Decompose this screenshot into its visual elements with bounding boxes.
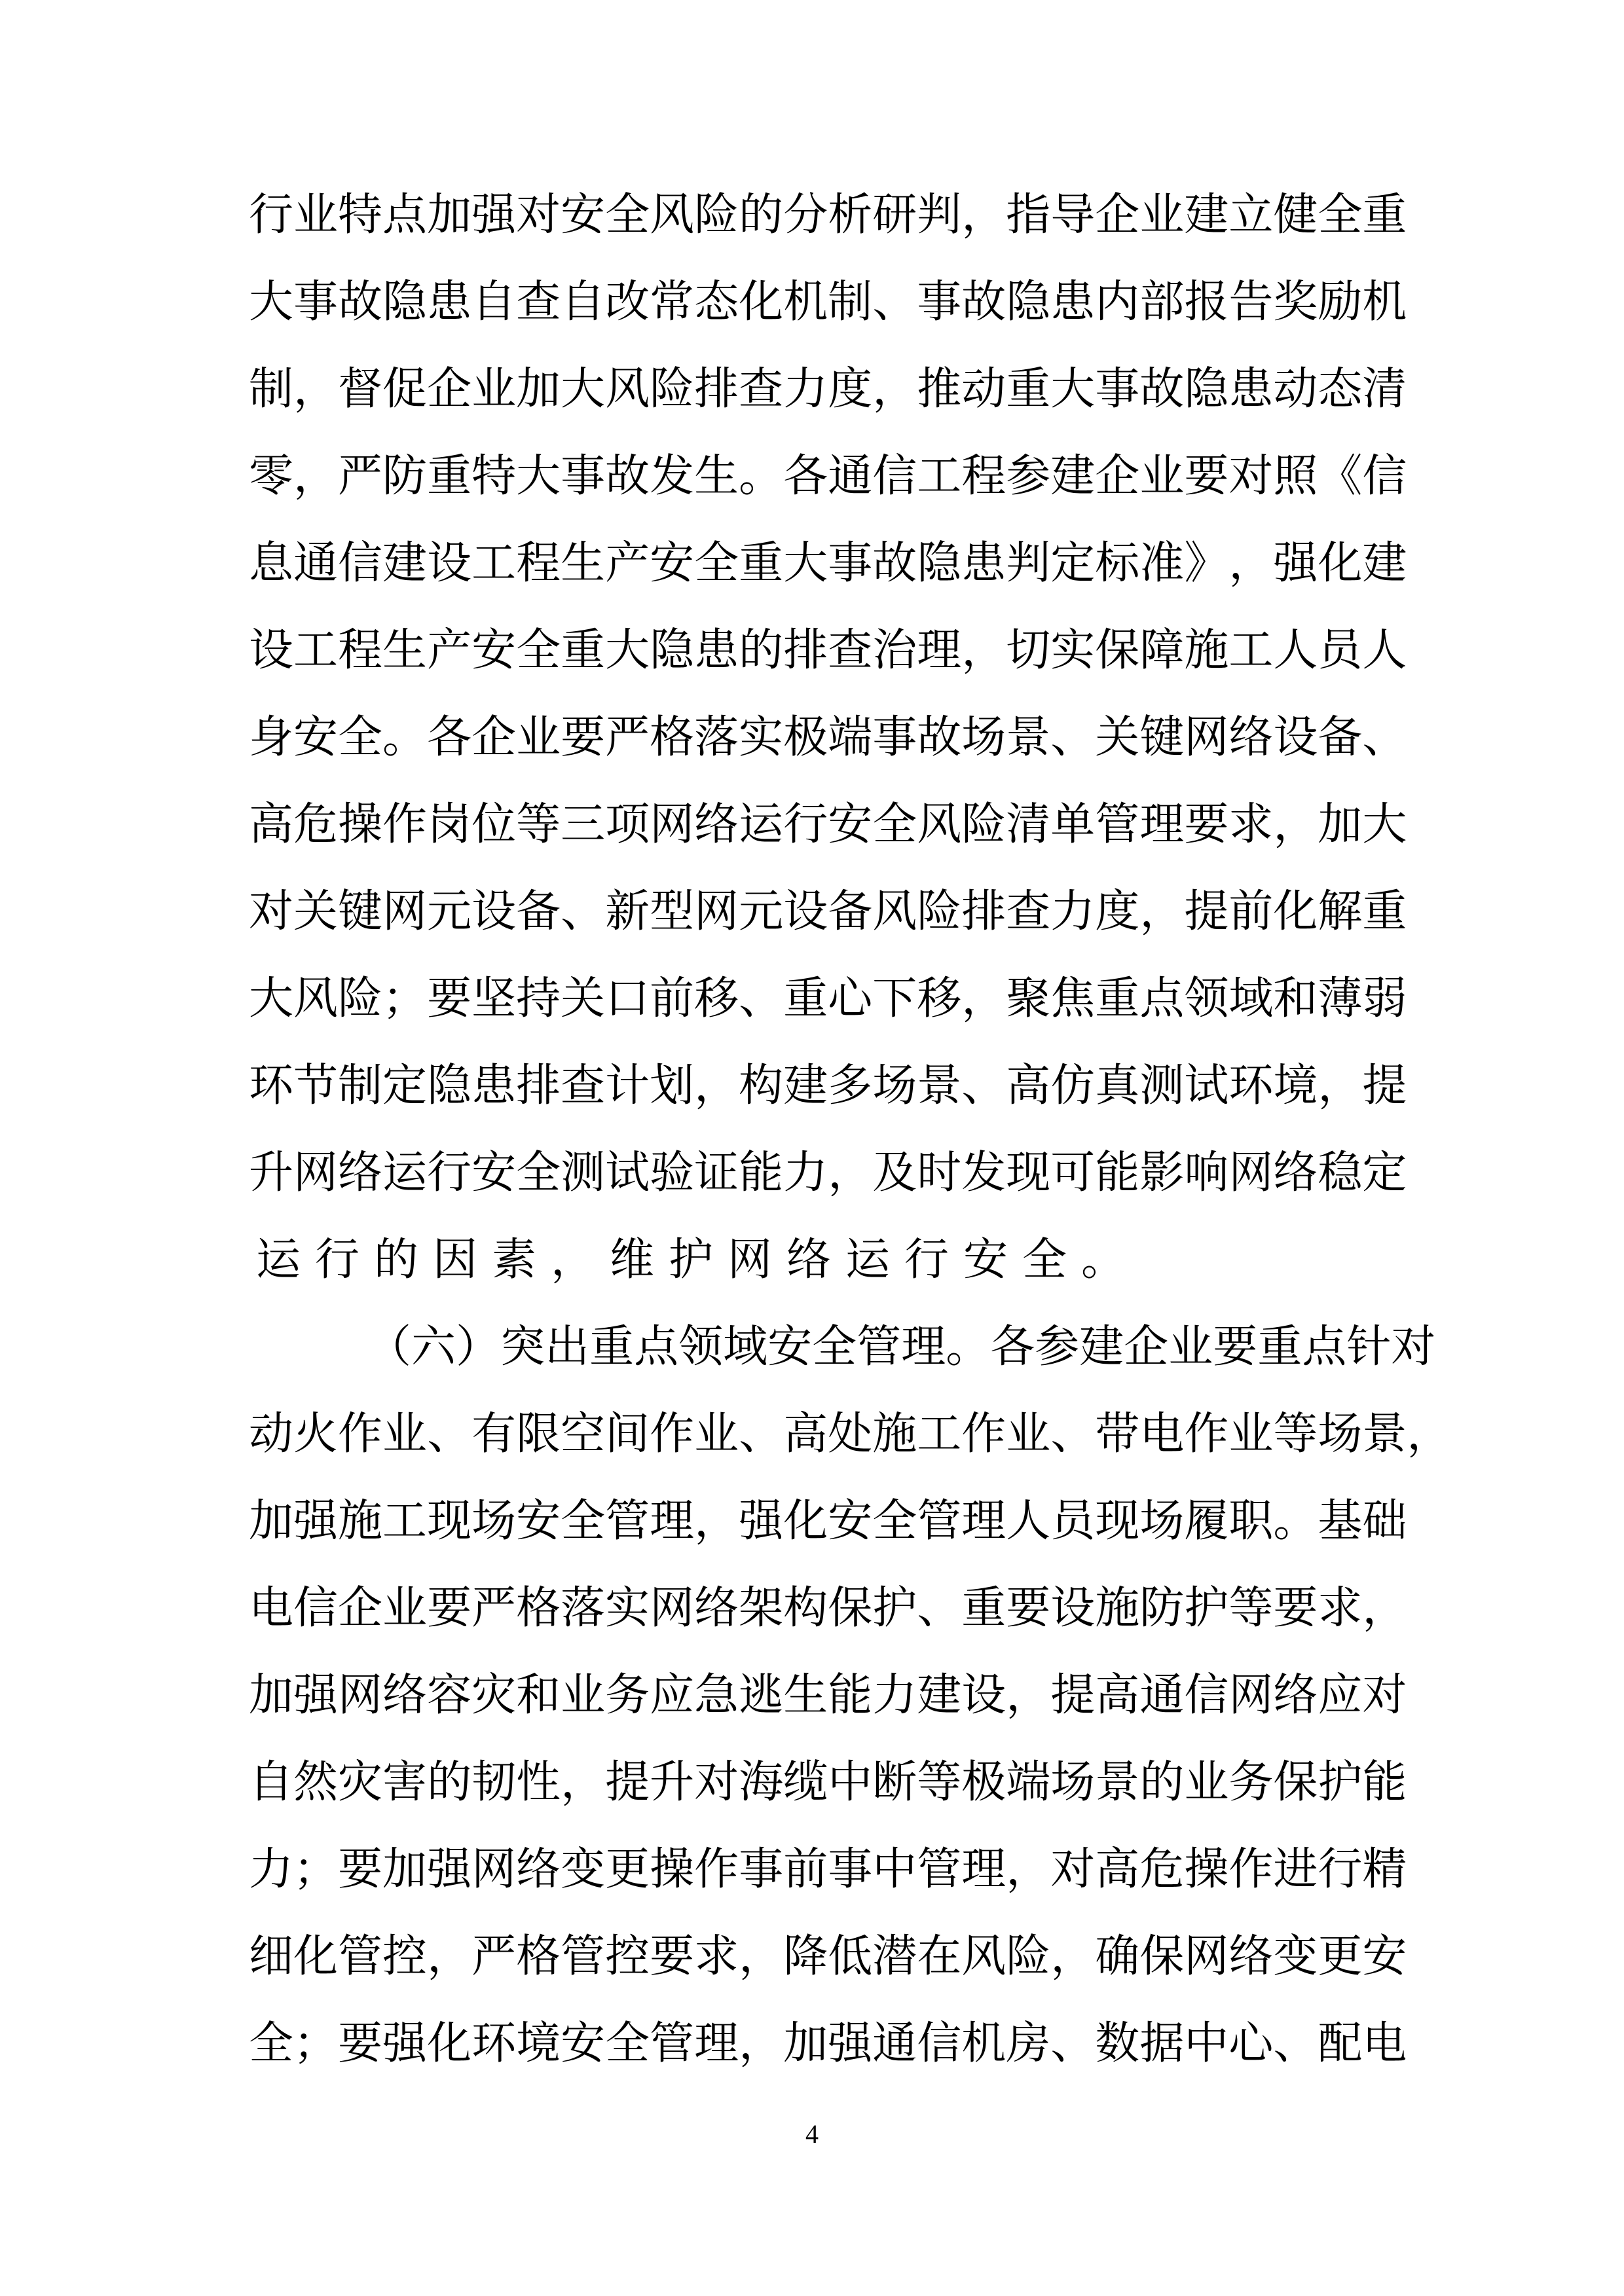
glyph: 信: [1362, 433, 1407, 520]
glyph: 操: [1184, 1826, 1228, 1913]
glyph: 应: [1318, 1652, 1362, 1739]
glyph: 络: [1228, 1913, 1273, 2000]
glyph: 的: [739, 607, 783, 694]
glyph: 口: [605, 955, 650, 1042]
text-line: 自然灾害的韧性，提升对海缆中断等极端场景的业务保护能: [249, 1739, 1373, 1826]
glyph: 强: [471, 172, 516, 259]
glyph: 仿: [1050, 1042, 1095, 1129]
text-line: 对关键网元设备、新型网元设备风险排查力度，提前化解重: [249, 868, 1373, 955]
glyph: 提: [1050, 1652, 1095, 1739]
glyph: ，: [739, 2000, 783, 2087]
glyph: 施: [872, 1391, 917, 1478]
glyph: 故: [1139, 346, 1184, 433]
glyph: 然: [293, 1739, 338, 1826]
glyph: 工: [917, 433, 961, 520]
glyph: 业: [1168, 1303, 1213, 1391]
glyph: ，: [694, 1042, 739, 1129]
glyph: 业: [382, 1391, 427, 1478]
glyph: 键: [338, 868, 382, 955]
glyph: ，: [828, 1129, 872, 1216]
glyph: 故: [338, 259, 382, 346]
glyph: 景: [1362, 1391, 1407, 1478]
glyph: 控: [605, 1913, 650, 2000]
glyph: 事: [561, 433, 605, 520]
glyph: 、: [1050, 2000, 1095, 2087]
glyph: 、: [961, 1042, 1006, 1129]
glyph: 促: [382, 346, 427, 433]
glyph: 运: [739, 781, 783, 868]
glyph: 加: [382, 1826, 427, 1913]
glyph: 测: [561, 1129, 605, 1216]
glyph: 业: [1228, 1391, 1273, 1478]
glyph: 企: [1095, 433, 1139, 520]
glyph: 景: [917, 1042, 961, 1129]
glyph: 加: [516, 346, 561, 433]
glyph: 实: [739, 694, 783, 781]
glyph: 照: [1273, 433, 1318, 520]
glyph: 度: [828, 346, 872, 433]
glyph: 工: [382, 1478, 427, 1565]
glyph: 作: [694, 1826, 739, 1913]
glyph: 信: [917, 2000, 961, 2087]
glyph: 加: [783, 2000, 828, 2087]
glyph: 故: [917, 694, 961, 781]
glyph: 对: [694, 1739, 739, 1826]
glyph: 薄: [1318, 955, 1362, 1042]
glyph: 严: [471, 1565, 516, 1652]
glyph: 通: [828, 433, 872, 520]
glyph: 落: [694, 694, 739, 781]
glyph: 管: [605, 1478, 650, 1565]
glyph: 告: [1228, 259, 1273, 346]
glyph: 中: [872, 1826, 917, 1913]
glyph: 大: [1362, 781, 1407, 868]
glyph: 对: [249, 868, 293, 955]
glyph: 测: [1139, 1042, 1184, 1129]
glyph: 理: [1139, 781, 1184, 868]
glyph: 等: [917, 1739, 961, 1826]
glyph: 度: [1095, 868, 1139, 955]
glyph: 试: [1184, 1042, 1228, 1129]
text-line: 大事故隐患自查自改常态化机制、事故隐患内部报告奖励机: [249, 259, 1373, 346]
glyph: 安: [956, 1216, 1015, 1303]
glyph: 络: [1273, 1652, 1318, 1739]
glyph: 大: [1050, 346, 1095, 433]
glyph: 、: [1050, 694, 1095, 781]
glyph: 行: [1318, 1826, 1362, 1913]
glyph: 带: [1095, 1391, 1139, 1478]
glyph: 自: [249, 1739, 293, 1826]
glyph: 立: [1228, 172, 1273, 259]
glyph: 设: [1050, 1565, 1095, 1652]
glyph: 人: [1273, 607, 1318, 694]
glyph: 全: [1318, 172, 1362, 259]
glyph: 位: [471, 781, 516, 868]
glyph: 常: [650, 259, 694, 346]
glyph: 景: [1006, 694, 1050, 781]
glyph: 环: [1228, 1042, 1273, 1129]
glyph: 患: [694, 607, 739, 694]
glyph: 查: [828, 607, 872, 694]
glyph: 三: [561, 781, 605, 868]
glyph: 大: [605, 607, 650, 694]
glyph: 重: [739, 520, 783, 607]
glyph: 程: [961, 433, 1006, 520]
glyph: 身: [249, 694, 293, 781]
glyph: 安: [471, 607, 516, 694]
glyph: 自: [471, 259, 516, 346]
glyph: 坚: [471, 955, 516, 1042]
glyph: 全: [1015, 1216, 1074, 1303]
glyph: 业: [382, 1565, 427, 1652]
glyph: 事: [1095, 346, 1139, 433]
glyph: 络: [382, 1652, 427, 1739]
text-line: 高危操作岗位等三项网络运行安全风险清单管理要求，加大: [249, 781, 1373, 868]
glyph: ，: [739, 1913, 783, 2000]
glyph: 保: [1273, 1739, 1318, 1826]
text-line: 动火作业、有限空间作业、高处施工作业、带电作业等场景，: [249, 1391, 1373, 1478]
glyph: 全: [872, 1478, 917, 1565]
glyph: 场: [471, 1478, 516, 1565]
text-line-paragraph-end: 运行的因素，维护网络运行安全。: [249, 1216, 1373, 1303]
glyph: 等: [1273, 1391, 1318, 1478]
glyph: 风: [917, 781, 961, 868]
glyph: 制: [338, 1042, 382, 1129]
text-line: 环节制定隐患排查计划，构建多场景、高仿真测试环境，提: [249, 1042, 1373, 1129]
glyph: 故: [961, 259, 1006, 346]
glyph: 对: [516, 172, 561, 259]
glyph: 极: [783, 694, 828, 781]
glyph: 患: [1050, 259, 1095, 346]
glyph: 空: [561, 1391, 605, 1478]
glyph: 隐: [1184, 346, 1228, 433]
glyph: 理: [694, 2000, 739, 2087]
glyph: 建: [1184, 172, 1228, 259]
glyph: 定: [1362, 1129, 1407, 1216]
glyph: 大: [249, 259, 293, 346]
glyph: 作: [1228, 1826, 1273, 1913]
glyph: 理: [961, 1826, 1006, 1913]
glyph: 潜: [872, 1913, 917, 2000]
glyph: 机: [1362, 259, 1407, 346]
glyph: 员: [1050, 1478, 1095, 1565]
glyph: 、: [1273, 2000, 1318, 2087]
glyph: 管: [917, 1478, 961, 1565]
glyph: 弱: [1362, 955, 1407, 1042]
glyph: 、: [561, 868, 605, 955]
glyph: 控: [382, 1913, 427, 2000]
glyph: 制: [249, 346, 293, 433]
glyph: 建: [1050, 433, 1095, 520]
glyph: 通: [872, 2000, 917, 2087]
glyph: 网: [1184, 694, 1228, 781]
glyph: 性: [516, 1739, 561, 1826]
glyph: 韧: [471, 1739, 516, 1826]
glyph: 建: [783, 1042, 828, 1129]
glyph: 业: [1139, 172, 1184, 259]
glyph: 建: [1079, 1303, 1124, 1391]
glyph: 证: [694, 1129, 739, 1216]
glyph: 境: [1273, 1042, 1318, 1129]
glyph: 安: [561, 2000, 605, 2087]
glyph: 焦: [1050, 955, 1095, 1042]
glyph: 升: [650, 1739, 694, 1826]
glyph: 、: [1050, 1391, 1095, 1478]
glyph: 强: [1273, 520, 1318, 607]
glyph: 关: [1095, 694, 1139, 781]
glyph: 判: [917, 172, 961, 259]
glyph: 化: [1318, 520, 1362, 607]
glyph: 和: [1273, 955, 1318, 1042]
glyph: 发: [650, 433, 694, 520]
glyph: 络: [1228, 694, 1273, 781]
glyph: 环: [471, 2000, 516, 2087]
glyph: 事: [293, 259, 338, 346]
glyph: 要: [427, 1565, 471, 1652]
glyph: 全: [812, 1303, 857, 1391]
glyph: 管: [857, 1303, 901, 1391]
glyph: 能: [1095, 1129, 1139, 1216]
glyph: 重: [427, 433, 471, 520]
glyph: 真: [1095, 1042, 1139, 1129]
glyph: 定: [1050, 520, 1095, 607]
glyph: 行: [897, 1216, 956, 1303]
glyph: 风: [961, 1913, 1006, 2000]
glyph: 作: [1184, 1391, 1228, 1478]
glyph: 提: [1362, 1042, 1407, 1129]
glyph: 信: [1184, 1652, 1228, 1739]
glyph: 》: [1184, 520, 1228, 607]
glyph: 络: [1273, 1129, 1318, 1216]
glyph: 理: [650, 1478, 694, 1565]
glyph: 验: [650, 1129, 694, 1216]
glyph: 查: [739, 346, 783, 433]
glyph: 间: [605, 1391, 650, 1478]
glyph: 查: [561, 1042, 605, 1129]
glyph: 作: [382, 781, 427, 868]
glyph: 理: [901, 1303, 946, 1391]
glyph: 管: [561, 1913, 605, 2000]
glyph: 作: [338, 1391, 382, 1478]
text-line: 行业特点加强对安全风险的分析研判，指导企业建立健全重: [249, 172, 1373, 259]
glyph: 析: [828, 172, 872, 259]
glyph: 对: [1228, 433, 1273, 520]
glyph: （: [367, 1303, 411, 1391]
glyph: ；: [293, 1826, 338, 1913]
text-line: 零，严防重特大事故发生。各通信工程参建企业要对照《信: [249, 433, 1373, 520]
glyph: 报: [1184, 259, 1228, 346]
glyph: 维: [602, 1216, 661, 1303]
glyph: 严: [471, 1913, 516, 2000]
glyph: 处: [828, 1391, 872, 1478]
glyph: 安: [767, 1303, 812, 1391]
glyph: 故: [605, 433, 650, 520]
glyph: 程: [338, 607, 382, 694]
glyph: 。: [739, 433, 783, 520]
glyph: 事: [917, 259, 961, 346]
glyph: 构: [739, 1042, 783, 1129]
glyph: 更: [605, 1826, 650, 1913]
glyph: 关: [293, 868, 338, 955]
glyph: 险: [694, 172, 739, 259]
glyph: 多: [828, 1042, 872, 1129]
glyph: 隐: [650, 607, 694, 694]
glyph: 重: [783, 955, 828, 1042]
glyph: 内: [1095, 259, 1139, 346]
glyph: 各: [990, 1303, 1035, 1391]
glyph: 要: [561, 694, 605, 781]
glyph: 领: [678, 1303, 723, 1391]
glyph: 对: [1362, 1652, 1407, 1739]
glyph: 网: [382, 868, 427, 955]
glyph: 零: [249, 433, 293, 520]
glyph: 实: [605, 1565, 650, 1652]
glyph: 风: [650, 172, 694, 259]
glyph: 全: [605, 172, 650, 259]
glyph: 络: [694, 1565, 739, 1652]
glyph: 保: [1095, 607, 1139, 694]
glyph: 场: [961, 694, 1006, 781]
glyph: 管: [650, 2000, 694, 2087]
glyph: 行: [249, 172, 293, 259]
glyph: 建: [1362, 520, 1407, 607]
glyph: 电: [249, 1565, 293, 1652]
glyph: 的: [1139, 1739, 1184, 1826]
glyph: 险: [338, 955, 382, 1042]
glyph: 通: [1139, 1652, 1184, 1739]
document-page: 行业特点加强对安全风险的分析研判，指导企业建立健全重 大事故隐患自查自改常态化机…: [0, 0, 1624, 2296]
glyph: 操: [650, 1826, 694, 1913]
glyph: 重: [589, 1303, 634, 1391]
glyph: 强: [293, 1652, 338, 1739]
glyph: 进: [1273, 1826, 1318, 1913]
glyph: 查: [516, 259, 561, 346]
glyph: 六: [411, 1303, 456, 1391]
glyph: 保: [1139, 1913, 1184, 2000]
glyph: 点: [382, 172, 427, 259]
glyph: 变: [1273, 1913, 1318, 2000]
glyph: 场: [1050, 1739, 1095, 1826]
glyph: 企: [471, 694, 516, 781]
glyph: 的: [427, 1739, 471, 1826]
glyph: 的: [739, 172, 783, 259]
glyph: 励: [1318, 259, 1362, 346]
glyph: 要: [1006, 1565, 1050, 1652]
glyph: 要: [1184, 433, 1228, 520]
glyph: 设: [961, 1652, 1006, 1739]
glyph: 大: [783, 520, 828, 607]
glyph: 全: [338, 694, 382, 781]
glyph: 改: [605, 259, 650, 346]
glyph: 高: [1006, 1042, 1050, 1129]
glyph: 重: [1257, 1303, 1302, 1391]
glyph: 管: [1095, 781, 1139, 868]
glyph: 施: [1184, 607, 1228, 694]
glyph: ，: [1006, 1652, 1050, 1739]
glyph: 构: [783, 1565, 828, 1652]
glyph: 企: [1124, 1303, 1168, 1391]
glyph: 风: [605, 346, 650, 433]
glyph: 网: [650, 1565, 694, 1652]
glyph: 海: [739, 1739, 783, 1826]
glyph: 护: [872, 1565, 917, 1652]
glyph: 大: [516, 433, 561, 520]
glyph: 风: [872, 868, 917, 955]
glyph: 生: [382, 607, 427, 694]
glyph: 全: [249, 2000, 293, 2087]
glyph: 单: [1050, 781, 1095, 868]
glyph: 患: [427, 259, 471, 346]
glyph: 架: [739, 1565, 783, 1652]
glyph: 准: [1139, 520, 1184, 607]
glyph: 划: [650, 1042, 694, 1129]
glyph: 持: [516, 955, 561, 1042]
glyph: 细: [249, 1913, 293, 2000]
glyph: 要: [1213, 1303, 1257, 1391]
glyph: 重: [1006, 346, 1050, 433]
glyph: 务: [1228, 1739, 1273, 1826]
glyph: 计: [605, 1042, 650, 1129]
glyph: 业: [293, 172, 338, 259]
glyph: 产: [427, 607, 471, 694]
glyph: 网: [338, 1652, 382, 1739]
glyph: 作: [961, 1391, 1006, 1478]
glyph: 据: [1139, 2000, 1184, 2087]
glyph: ；: [382, 955, 427, 1042]
glyph: 、: [739, 1391, 783, 1478]
glyph: 企: [1095, 172, 1139, 259]
glyph: 事: [828, 1826, 872, 1913]
glyph: 变: [561, 1826, 605, 1913]
glyph: 、: [1362, 694, 1407, 781]
glyph: 场: [872, 1042, 917, 1129]
glyph: 人: [1006, 1478, 1050, 1565]
glyph: ，: [1318, 1042, 1362, 1129]
glyph: 元: [427, 868, 471, 955]
glyph: 试: [605, 1129, 650, 1216]
glyph: 新: [605, 868, 650, 955]
glyph: 灾: [338, 1739, 382, 1826]
glyph: 判: [1006, 520, 1050, 607]
glyph: 运: [838, 1216, 897, 1303]
glyph: 运: [382, 1129, 427, 1216]
glyph: 发: [961, 1129, 1006, 1216]
glyph: 重: [1362, 172, 1407, 259]
glyph: 隐: [427, 1042, 471, 1129]
glyph: 态: [1318, 346, 1362, 433]
text-line: 大风险；要坚持关口前移、重心下移，聚焦重点领域和薄弱: [249, 955, 1373, 1042]
glyph: 动: [961, 346, 1006, 433]
glyph: 全: [872, 781, 917, 868]
glyph: 房: [1006, 2000, 1050, 2087]
text-line: 升网络运行安全测试验证能力，及时发现可能影响网络稳定: [249, 1129, 1373, 1216]
text-line: 身安全。各企业要严格落实极端事故场景、关键网络设备、: [249, 694, 1373, 781]
glyph: 理: [961, 1478, 1006, 1565]
glyph: 火: [293, 1391, 338, 1478]
glyph: 加: [249, 1652, 293, 1739]
glyph: 安: [516, 1478, 561, 1565]
glyph: 全: [694, 520, 739, 607]
glyph: 参: [1035, 1303, 1079, 1391]
text-line: 加强网络容灾和业务应急逃生能力建设，提高通信网络应对: [249, 1652, 1373, 1739]
glyph: 能: [1362, 1739, 1407, 1826]
glyph: 要: [1184, 781, 1228, 868]
glyph: 突: [500, 1303, 545, 1391]
glyph: 对: [1391, 1303, 1435, 1391]
glyph: 设: [427, 520, 471, 607]
glyph: 高: [1095, 1826, 1139, 1913]
glyph: 各: [427, 694, 471, 781]
